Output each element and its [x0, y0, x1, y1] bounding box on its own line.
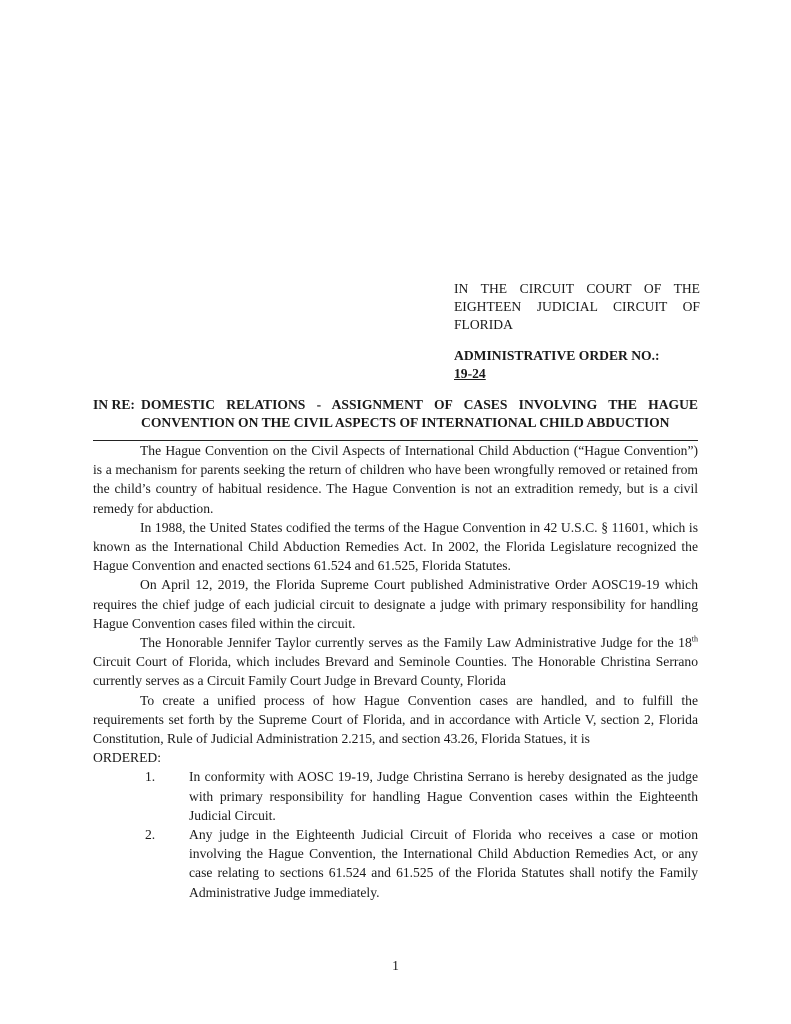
order-label: ADMINISTRATIVE ORDER NO.: — [454, 348, 660, 363]
order-item-number: 1. — [145, 767, 155, 786]
paragraph-process: To create a unified process of how Hague… — [93, 691, 698, 749]
paragraph-judges: The Honorable Jennifer Taylor currently … — [93, 633, 698, 691]
court-caption-line: EIGHTEEN JUDICIAL CIRCUIT OF — [454, 298, 700, 316]
paragraph-supreme-court-order: On April 12, 2019, the Florida Supreme C… — [93, 575, 698, 633]
order-item-text: Any judge in the Eighteenth Judicial Cir… — [189, 827, 698, 900]
order-body: The Hague Convention on the Civil Aspect… — [93, 441, 698, 902]
paragraph-codification: In 1988, the United States codified the … — [93, 518, 698, 576]
paragraph-hague-convention: The Hague Convention on the Civil Aspect… — [93, 441, 698, 518]
order-item-text: In conformity with AOSC 19-19, Judge Chr… — [189, 769, 698, 822]
order-item-number: 2. — [145, 825, 155, 844]
in-re-label: IN RE: — [93, 396, 143, 414]
judges-text-part1: The Honorable Jennifer Taylor currently … — [140, 635, 692, 650]
order-item: 1. In conformity with AOSC 19-19, Judge … — [93, 767, 698, 825]
page-number: 1 — [0, 958, 791, 974]
subject-line: CONVENTION ON THE CIVIL ASPECTS OF INTER… — [141, 414, 698, 432]
order-item: 2. Any judge in the Eighteenth Judicial … — [93, 825, 698, 902]
order-number: 19-24 — [454, 365, 700, 383]
judges-text-part2: Circuit Court of Florida, which includes… — [93, 654, 698, 688]
subject-line: DOMESTIC RELATIONS - ASSIGNMENT OF CASES… — [141, 396, 698, 414]
orders-list: 1. In conformity with AOSC 19-19, Judge … — [93, 767, 698, 901]
ordinal-suffix: th — [692, 635, 698, 644]
ordered-label: ORDERED: — [93, 748, 698, 767]
court-caption-line: IN THE CIRCUIT COURT OF THE — [454, 280, 700, 298]
court-caption-line: FLORIDA — [454, 316, 700, 334]
document-page: IN THE CIRCUIT COURT OF THE EIGHTEEN JUD… — [0, 0, 791, 1024]
court-caption: IN THE CIRCUIT COURT OF THE EIGHTEEN JUD… — [454, 280, 700, 334]
administrative-order-number: ADMINISTRATIVE ORDER NO.: 19-24 — [454, 347, 700, 383]
in-re-subject: DOMESTIC RELATIONS - ASSIGNMENT OF CASES… — [141, 396, 698, 432]
